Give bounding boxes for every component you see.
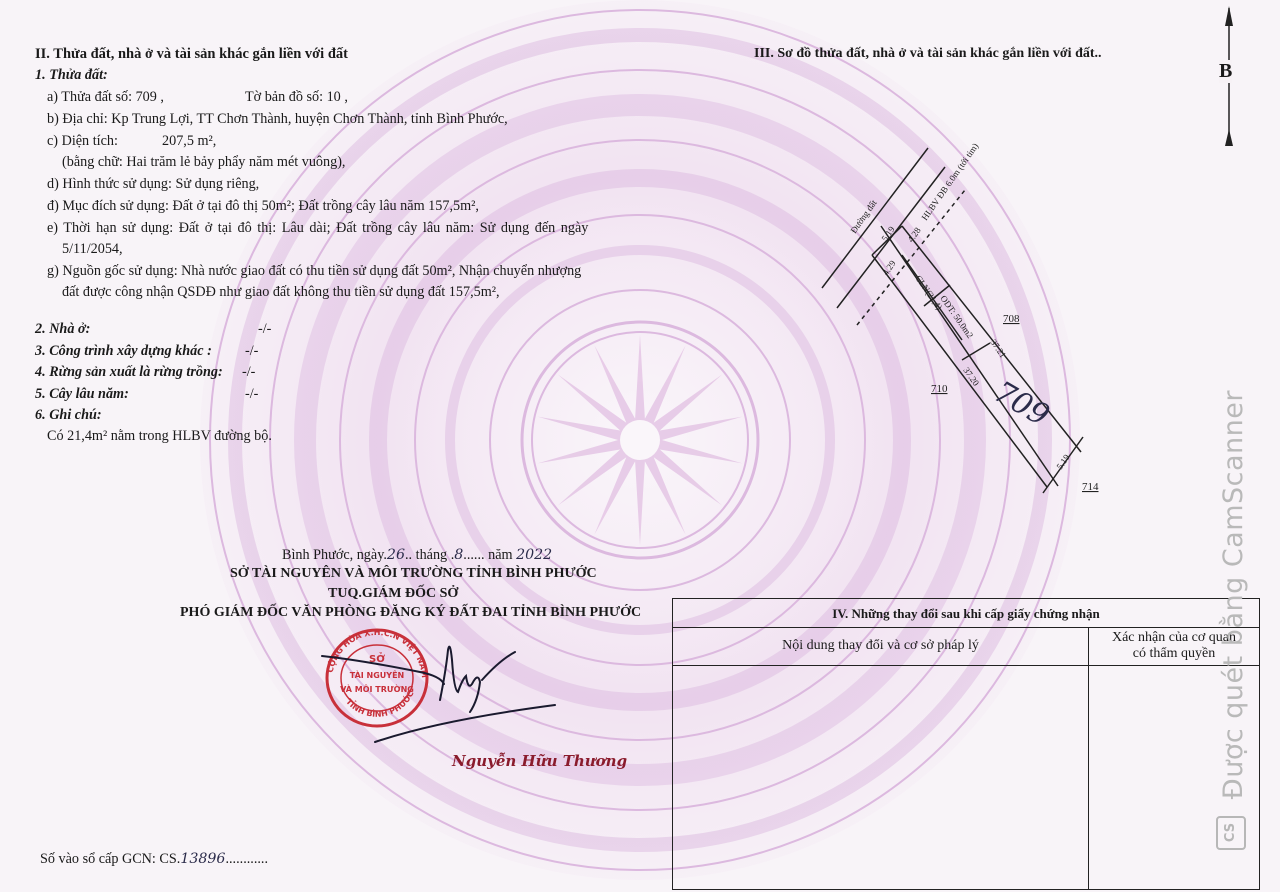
column-change-content: Nội dung thay đổi và cơ sở pháp lý xyxy=(673,627,1088,665)
registry-dots: ............ xyxy=(225,851,268,867)
watermark-text: Được quét bằng CamScanner xyxy=(1218,390,1249,860)
camscanner-logo-icon: CS xyxy=(1216,816,1246,850)
changes-table: IV. Những thay đổi sau khi cấp giấy chứn… xyxy=(672,598,1260,890)
registry-value: 13896 xyxy=(180,851,225,867)
column-divider xyxy=(1088,627,1089,889)
registry-label: Số vào sổ cấp GCN: CS. xyxy=(40,851,180,867)
camscanner-watermark: Được quét bằng CamScanner CS xyxy=(1212,390,1252,860)
registry-number: Số vào sổ cấp GCN: CS.13896............ xyxy=(40,850,268,868)
logo-text: CS xyxy=(1217,823,1246,842)
signer-name: Nguyễn Hữu Thương xyxy=(452,752,627,770)
section-4-title: IV. Những thay đổi sau khi cấp giấy chứn… xyxy=(673,599,1259,628)
